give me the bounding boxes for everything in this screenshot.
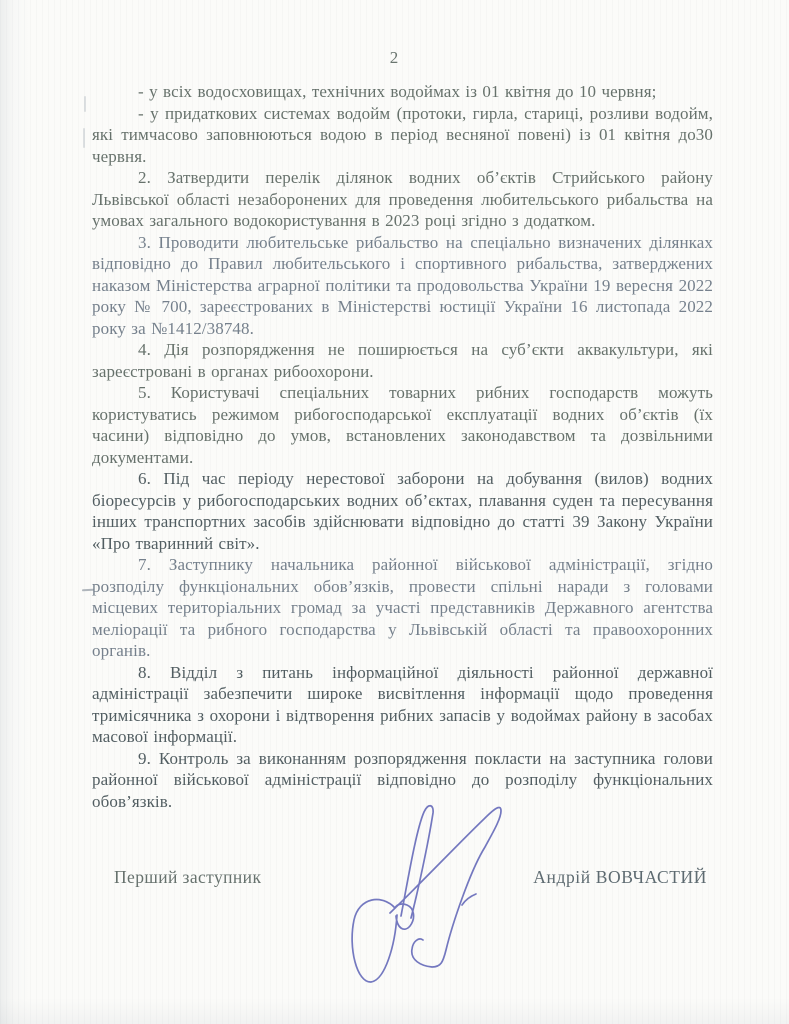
signature-stroke-dash [462, 894, 476, 905]
signature-stroke-left-loop [401, 806, 433, 918]
paragraph-item-6: 6. Під час періоду нерестової заборони н… [92, 468, 713, 554]
handwritten-signature-ink [345, 800, 525, 995]
document-text: - у всіх водосховищах, технічних водойма… [92, 81, 713, 812]
paragraph-dash-2: - у придаткових системах водойм (протоки… [92, 103, 713, 168]
paragraph-item-2: 2. Затвердити перелік ділянок водних об’… [92, 167, 713, 232]
paragraph-dash-1: - у всіх водосховищах, технічних водойма… [92, 81, 713, 103]
signer-name: Андрій ВОВЧАСТИЙ [533, 867, 707, 888]
paragraph-item-4: 4. Дія розпорядження не поширюється на с… [92, 339, 713, 382]
scan-artifact-tick [83, 128, 85, 148]
paragraph-item-3: 3. Проводити любительське рибальство на … [92, 232, 713, 340]
scanned-page: 2 - у всіх водосховищах, технічних водой… [0, 0, 789, 1024]
paragraph-item-8: 8. Відділ з питань інформаційної діяльно… [92, 662, 713, 748]
page-number: 2 [0, 48, 789, 68]
paragraph-item-7: 7. Заступнику начальника районної військ… [92, 554, 713, 662]
signer-position-title: Перший заступник [114, 867, 261, 888]
paragraph-item-5: 5. Користувачі спеціальних товарних рибн… [92, 382, 713, 468]
scan-artifact-tick [84, 96, 86, 112]
signature-stroke-oval-knot [352, 900, 413, 982]
